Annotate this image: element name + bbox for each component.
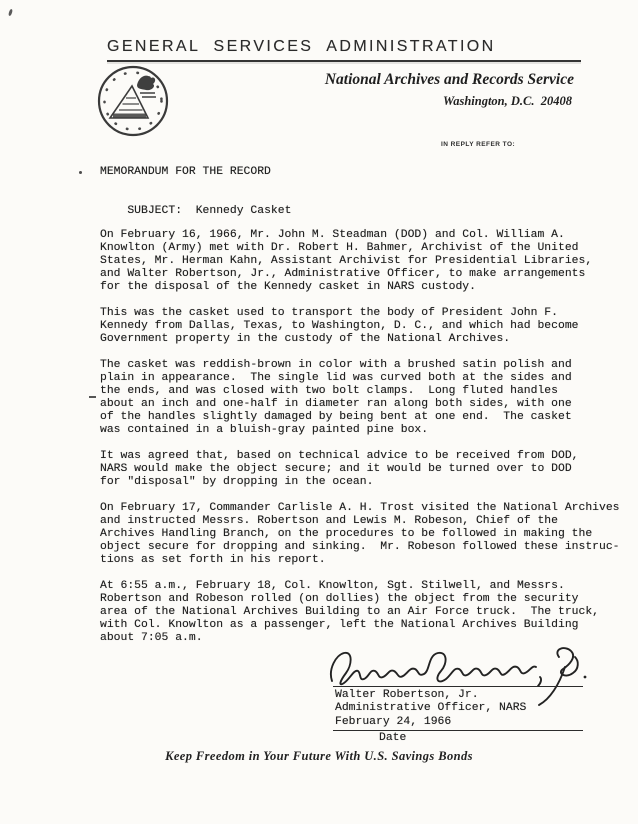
agency-title: GENERAL SERVICES ADMINISTRATION xyxy=(107,38,496,56)
signer-title: Administrative Officer, NARS xyxy=(335,702,526,715)
memo-document-page: GENERAL SERVICES ADMINISTRATION National… xyxy=(0,0,638,824)
address-line: Washington, D.C. 20408 xyxy=(443,94,572,109)
memo-paragraph: This was the casket used to transport th… xyxy=(100,307,636,346)
date-label: Date xyxy=(379,732,406,745)
subject-line: SUBJECT:Kennedy Casket xyxy=(100,192,291,231)
title-underline-rule xyxy=(107,60,581,62)
footer-slogan: Keep Freedom in Your Future With U.S. Sa… xyxy=(0,749,638,764)
gsa-seal-icon xyxy=(95,63,171,144)
scan-artifact-dot xyxy=(79,171,82,174)
scan-artifact-corner-mark xyxy=(8,9,13,17)
memo-paragraph: On February 17, Commander Carlisle A. H.… xyxy=(100,502,636,567)
memo-paragraph: The casket was reddish-brown in color wi… xyxy=(100,359,636,437)
memo-heading: MEMORANDUM FOR THE RECORD xyxy=(100,166,271,179)
memo-body: On February 16, 1966, Mr. John M. Steadm… xyxy=(100,229,636,658)
date-value: February 24, 1966 xyxy=(335,716,451,729)
subject-value: Kennedy Casket xyxy=(196,205,292,217)
subject-label: SUBJECT: xyxy=(127,205,182,217)
service-name: National Archives and Records Service xyxy=(325,71,574,89)
memo-paragraph: It was agreed that, based on technical a… xyxy=(100,450,636,489)
date-rule xyxy=(333,730,583,731)
scan-artifact-dash xyxy=(89,396,96,398)
signature-rule xyxy=(333,686,583,687)
memo-paragraph: At 6:55 a.m., February 18, Col. Knowlton… xyxy=(100,580,636,645)
signer-name: Walter Robertson, Jr. xyxy=(335,689,479,702)
memo-paragraph: On February 16, 1966, Mr. John M. Steadm… xyxy=(100,229,636,294)
reply-refer-label: IN REPLY REFER TO: xyxy=(441,141,515,148)
